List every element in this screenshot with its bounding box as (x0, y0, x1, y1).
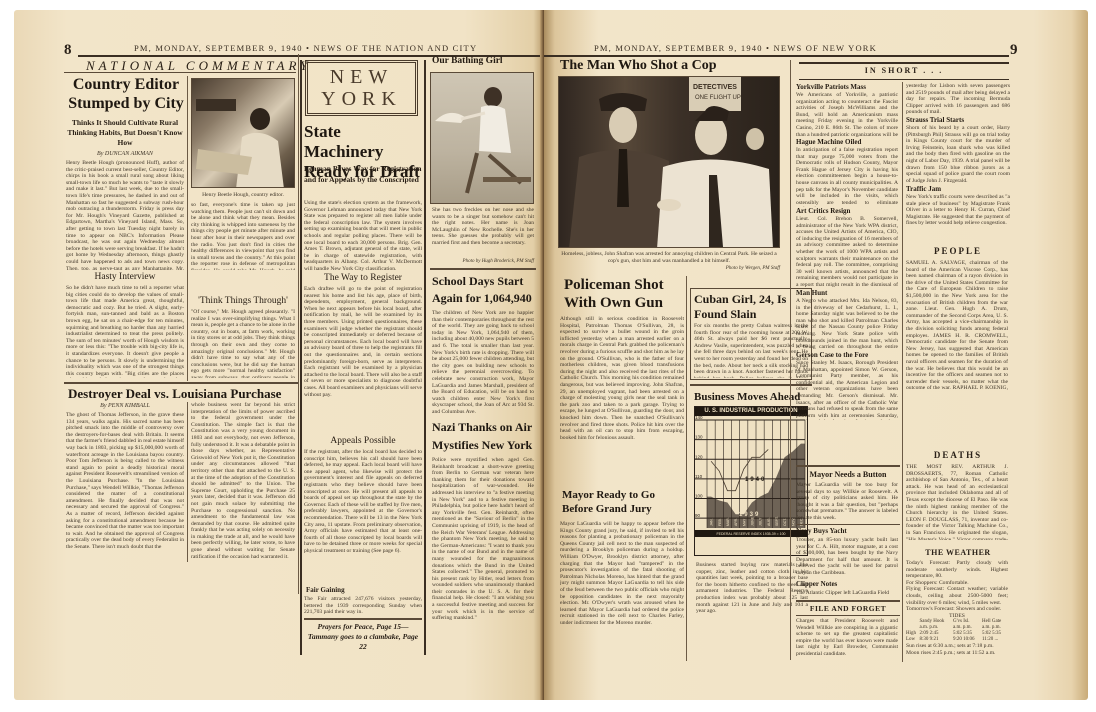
bathing-girl-headline: Our Bathing Girl (432, 57, 503, 66)
in-short-head: Man Hunt (796, 289, 898, 298)
fair-gaining-body: The Fair attracted 247,676 visitors yest… (304, 596, 422, 616)
header-rule (544, 55, 1009, 57)
running-head-left: PM, MONDAY, SEPTEMBER 9, 1940 • NEWS OF … (134, 43, 477, 53)
draft-deck: Lehman Paves Way for Registration and fo… (304, 163, 422, 185)
draft-body-1: Using the state's election system as the… (304, 200, 422, 272)
policeman-shot-headline: Policeman Shot With Own Gun (564, 276, 684, 312)
hough-photo-caption: Henry Beetle Hough, country editor. (191, 192, 295, 199)
school-days-headline: School Days Start Again for 1,064,940 (432, 273, 536, 307)
in-short-body: We Americans of Yorkville, a patriotic o… (796, 92, 898, 138)
nazi-thanks-body: Police were mystified when aged Gen. Rei… (432, 457, 534, 633)
business-moves-headline: Business Moves Ahead (694, 390, 810, 405)
policeman-shot-body: Although still in serious condition in R… (560, 316, 684, 486)
svg-text:JAN.: JAN. (710, 518, 714, 526)
destroyer-deal-byline: By PENN KIMBALL (66, 403, 184, 409)
svg-text:DETECTIVES: DETECTIVES (693, 84, 737, 91)
svg-text:JUNE: JUNE (750, 516, 754, 526)
cuban-girl-headline: Cuban Girl, 24, Is Found Slain (694, 292, 810, 322)
tides-title: TIDES (906, 613, 1008, 620)
flag-york: YORK (308, 88, 415, 110)
in-short-body: New York's traffic courts were described… (906, 194, 1010, 234)
mayor-button-headline: Mayor Needs a Button (796, 470, 900, 479)
appeals-subhead: Appeals Possible (304, 436, 422, 446)
svg-text:130: 130 (695, 435, 703, 440)
deaths-title: DEATHS (906, 450, 1010, 460)
man-at-desk-illustration (192, 79, 295, 188)
weather-moon: Moon rises 2:45 p.m.; sets at 11:52 a.m. (906, 650, 1008, 657)
column-rule (187, 402, 188, 562)
draft-body-2: Each draftee will go to the point of reg… (304, 286, 422, 436)
bathing-girl-photo (430, 72, 534, 204)
arrest-photo: DETECTIVES ONE FLIGHT UP (558, 76, 780, 248)
page-number-right: 9 (1010, 42, 1018, 59)
box-border-left (300, 60, 302, 655)
hasty-interview-subhead: Hasty Interview (66, 272, 184, 282)
svg-text:AUG.: AUG. (767, 517, 771, 526)
people-title: PEOPLE (906, 246, 1010, 256)
svg-text:ONE FLIGHT UP: ONE FLIGHT UP (695, 95, 741, 101)
weather-tomorrow: Tomorrow's Forecast: Showers and cooler. (906, 606, 1008, 613)
svg-text:MAY: MAY (742, 518, 746, 526)
country-editor-byline: By DUNCAN AIKMAN (66, 151, 184, 157)
deaths-body: THE MOST REV. ARTHUR J. DROSSAERTS, 77, … (906, 464, 1008, 540)
in-short-column-2: yesterday for Lisbon with seven passenge… (906, 83, 1010, 234)
page-number-left: 8 (64, 42, 72, 59)
running-head-right: PM, MONDAY, SEPTEMBER 9, 1940 • NEWS OF … (594, 43, 877, 53)
story-divider (796, 615, 900, 616)
draft-body-3: If the registrant, after the local board… (304, 449, 422, 571)
flag-new: NEW (308, 66, 415, 88)
newspaper-spread: 8 PM, MONDAY, SEPTEMBER 9, 1940 • NEWS O… (14, 10, 1088, 700)
promo-box: Prayers for Peace, Page 15— Tammany goes… (304, 622, 422, 652)
country-editor-body-1: Henry Beetle Hough (pronounced Huff), au… (66, 160, 184, 270)
clipper-notes-headline: Clipper Notes (796, 580, 837, 589)
new-york-flag-box: NEW YORK (305, 60, 418, 116)
column-rule (298, 54, 299, 594)
hough-photo (191, 78, 295, 188)
svg-text:FEB.: FEB. (718, 518, 722, 526)
in-short-head: Strauss Trial Starts (906, 116, 1010, 125)
svg-text:110: 110 (695, 474, 703, 479)
in-short-continuation: yesterday for Lisbon with seven passenge… (906, 83, 1010, 116)
svg-text:1940: 1940 (745, 477, 766, 483)
in-short-body: In anticipation of a false registration … (796, 147, 898, 207)
story-divider (796, 600, 900, 602)
section-rule (64, 72, 296, 73)
country-editor-headline: Country Editor Stumped by City (66, 75, 186, 113)
svg-text:FEDERAL RESERVE INDEX 1935-39: FEDERAL RESERVE INDEX 1935-39 = 100 (717, 532, 786, 536)
weather-sun: Sun rises at 6:30 a.m.; sets at 7:18 p.m… (906, 643, 1008, 650)
mayor-button-body: Mayor LaGuardia will be too busy for sev… (796, 482, 898, 522)
arrest-caption: Homeless, jobless, John Shafran was arre… (558, 251, 780, 265)
in-short-body: Lieut. Col. Brehon B. Somervell, adminis… (796, 216, 898, 289)
arrest-credit: Photo by Wergen, PM Staff (558, 266, 780, 271)
weather-block: Today's Forecast: Partly cloudy with mod… (906, 560, 1008, 657)
in-short-body: Since Stanley M. Isaacs, Borough Preside… (796, 360, 898, 420)
svg-text:90: 90 (695, 513, 701, 518)
svg-text:120: 120 (695, 454, 703, 459)
in-short-head: Gerson Case to the Fore (796, 351, 898, 360)
promo-rule (304, 618, 422, 620)
in-short-title: IN SHORT . . . (799, 66, 1009, 75)
weather-forecast: Today's Forecast: Partly cloudy with mod… (906, 560, 1008, 580)
destroyer-deal-body-2: whole business went far beyond his stric… (191, 402, 295, 560)
page-8: 8 PM, MONDAY, SEPTEMBER 9, 1940 • NEWS O… (14, 10, 544, 700)
think-things-subhead: 'Think Things Through' (191, 296, 295, 306)
svg-text:SEPT.: SEPT. (775, 516, 779, 526)
in-short-head: Art Critics Resign (796, 207, 898, 216)
svg-text:APR.: APR. (734, 518, 738, 526)
story-divider (430, 268, 536, 270)
svg-text:MAR.: MAR. (726, 517, 730, 526)
svg-text:140: 140 (695, 416, 703, 420)
school-days-body: The children of New York are no happier … (432, 310, 534, 414)
bathing-girl-credit: Photo by Hugh Broderick, PM Staff (432, 259, 534, 264)
in-short-head: Traffic Jam (906, 185, 1010, 194)
bathing-girl-caption: She has two freckles on her nose and she… (432, 207, 534, 257)
column-rule (790, 60, 791, 660)
column-rule (902, 82, 903, 662)
destroyer-deal-headline: Destroyer Deal vs. Louisiana Purchase (68, 386, 298, 401)
in-short-head: Yorkville Patriots Mass (796, 83, 898, 92)
page-9: PM, MONDAY, SEPTEMBER 9, 1940 • NEWS OF … (544, 10, 1088, 700)
in-short-body: A Negro who attacked Mrs. Ida Nelson, 83… (796, 298, 898, 351)
file-forget-headline: FILE AND FORGET (796, 604, 900, 613)
story-divider (796, 465, 900, 467)
in-short-head: Hague Machine Oiled (796, 138, 898, 147)
column-rule (187, 76, 188, 381)
svg-text:100: 100 (695, 494, 703, 499)
story-divider (690, 384, 812, 386)
way-to-register-subhead: The Way to Register (304, 273, 422, 283)
story-divider (796, 524, 900, 525)
country-editor-body-2: so fast, everyone's time is taken up jus… (191, 202, 295, 270)
tides-table: Sandy Hook G'vs Isl. Hell Gate a.m. p.m.… (906, 619, 1008, 643)
in-short-column-1: Yorkville Patriots Mass We Americans of … (796, 83, 898, 420)
arrest-illustration: DETECTIVES ONE FLIGHT UP (559, 77, 780, 248)
svg-text:JULY: JULY (759, 517, 763, 526)
in-short-rule-bottom (799, 79, 1009, 80)
svg-text:OCT.: OCT. (783, 518, 787, 526)
story-divider (64, 382, 298, 384)
destroyer-deal-body-1: The ghost of Thomas Jefferson, in the gr… (66, 412, 184, 560)
weather-shoppers: For Shoppers: Comfortable. (906, 580, 1008, 587)
mayor-grand-jury-headline: Mayor Ready to Go Before Grand Jury (562, 488, 684, 516)
mayor-grand-jury-body: Mayor LaGuardia will be happy to appear … (560, 521, 684, 661)
fair-gaining-head: Fair Gaining (306, 586, 345, 595)
bathing-girl-illustration (431, 73, 534, 204)
file-forget-body: Charges that President Roosevelt and Wen… (796, 618, 898, 658)
country-editor-deck: Thinks It Should Cultivate Rural Thinkin… (66, 118, 184, 148)
navy-yacht-body: Trouper, an 85-ton luxury yacht built la… (796, 537, 898, 577)
country-editor-body-2b: "Of course," Mr. Hough agreed pleasantly… (191, 309, 295, 378)
clipper-notes-body: The Atlantic Clipper left LaGuardia Fiel… (796, 590, 898, 597)
country-editor-body-1b: So he didn't have much time to tell a re… (66, 285, 184, 378)
column-rule (686, 276, 687, 661)
business-moves-body: Business started buying raw materials li… (696, 562, 808, 632)
box-border-right (424, 60, 426, 655)
weather-title: THE WEATHER (906, 548, 1010, 557)
in-short-rule-top (799, 62, 1009, 64)
svg-text:NOV.: NOV. (791, 518, 795, 526)
nazi-thanks-headline: Nazi Thanks on Air Mystifies New York (432, 418, 536, 454)
weather-flying: Flying Forecast: Contact weather; variab… (906, 586, 1008, 606)
navy-yacht-headline: Navy Buys Yacht (796, 527, 847, 536)
in-short-body: Shorn of his beard by a court order, Har… (906, 125, 1010, 185)
man-who-shot-headline: The Man Who Shot a Cop (560, 58, 717, 73)
people-body: SAMUEL A. SALVAGE, chairman of the board… (906, 260, 1008, 390)
